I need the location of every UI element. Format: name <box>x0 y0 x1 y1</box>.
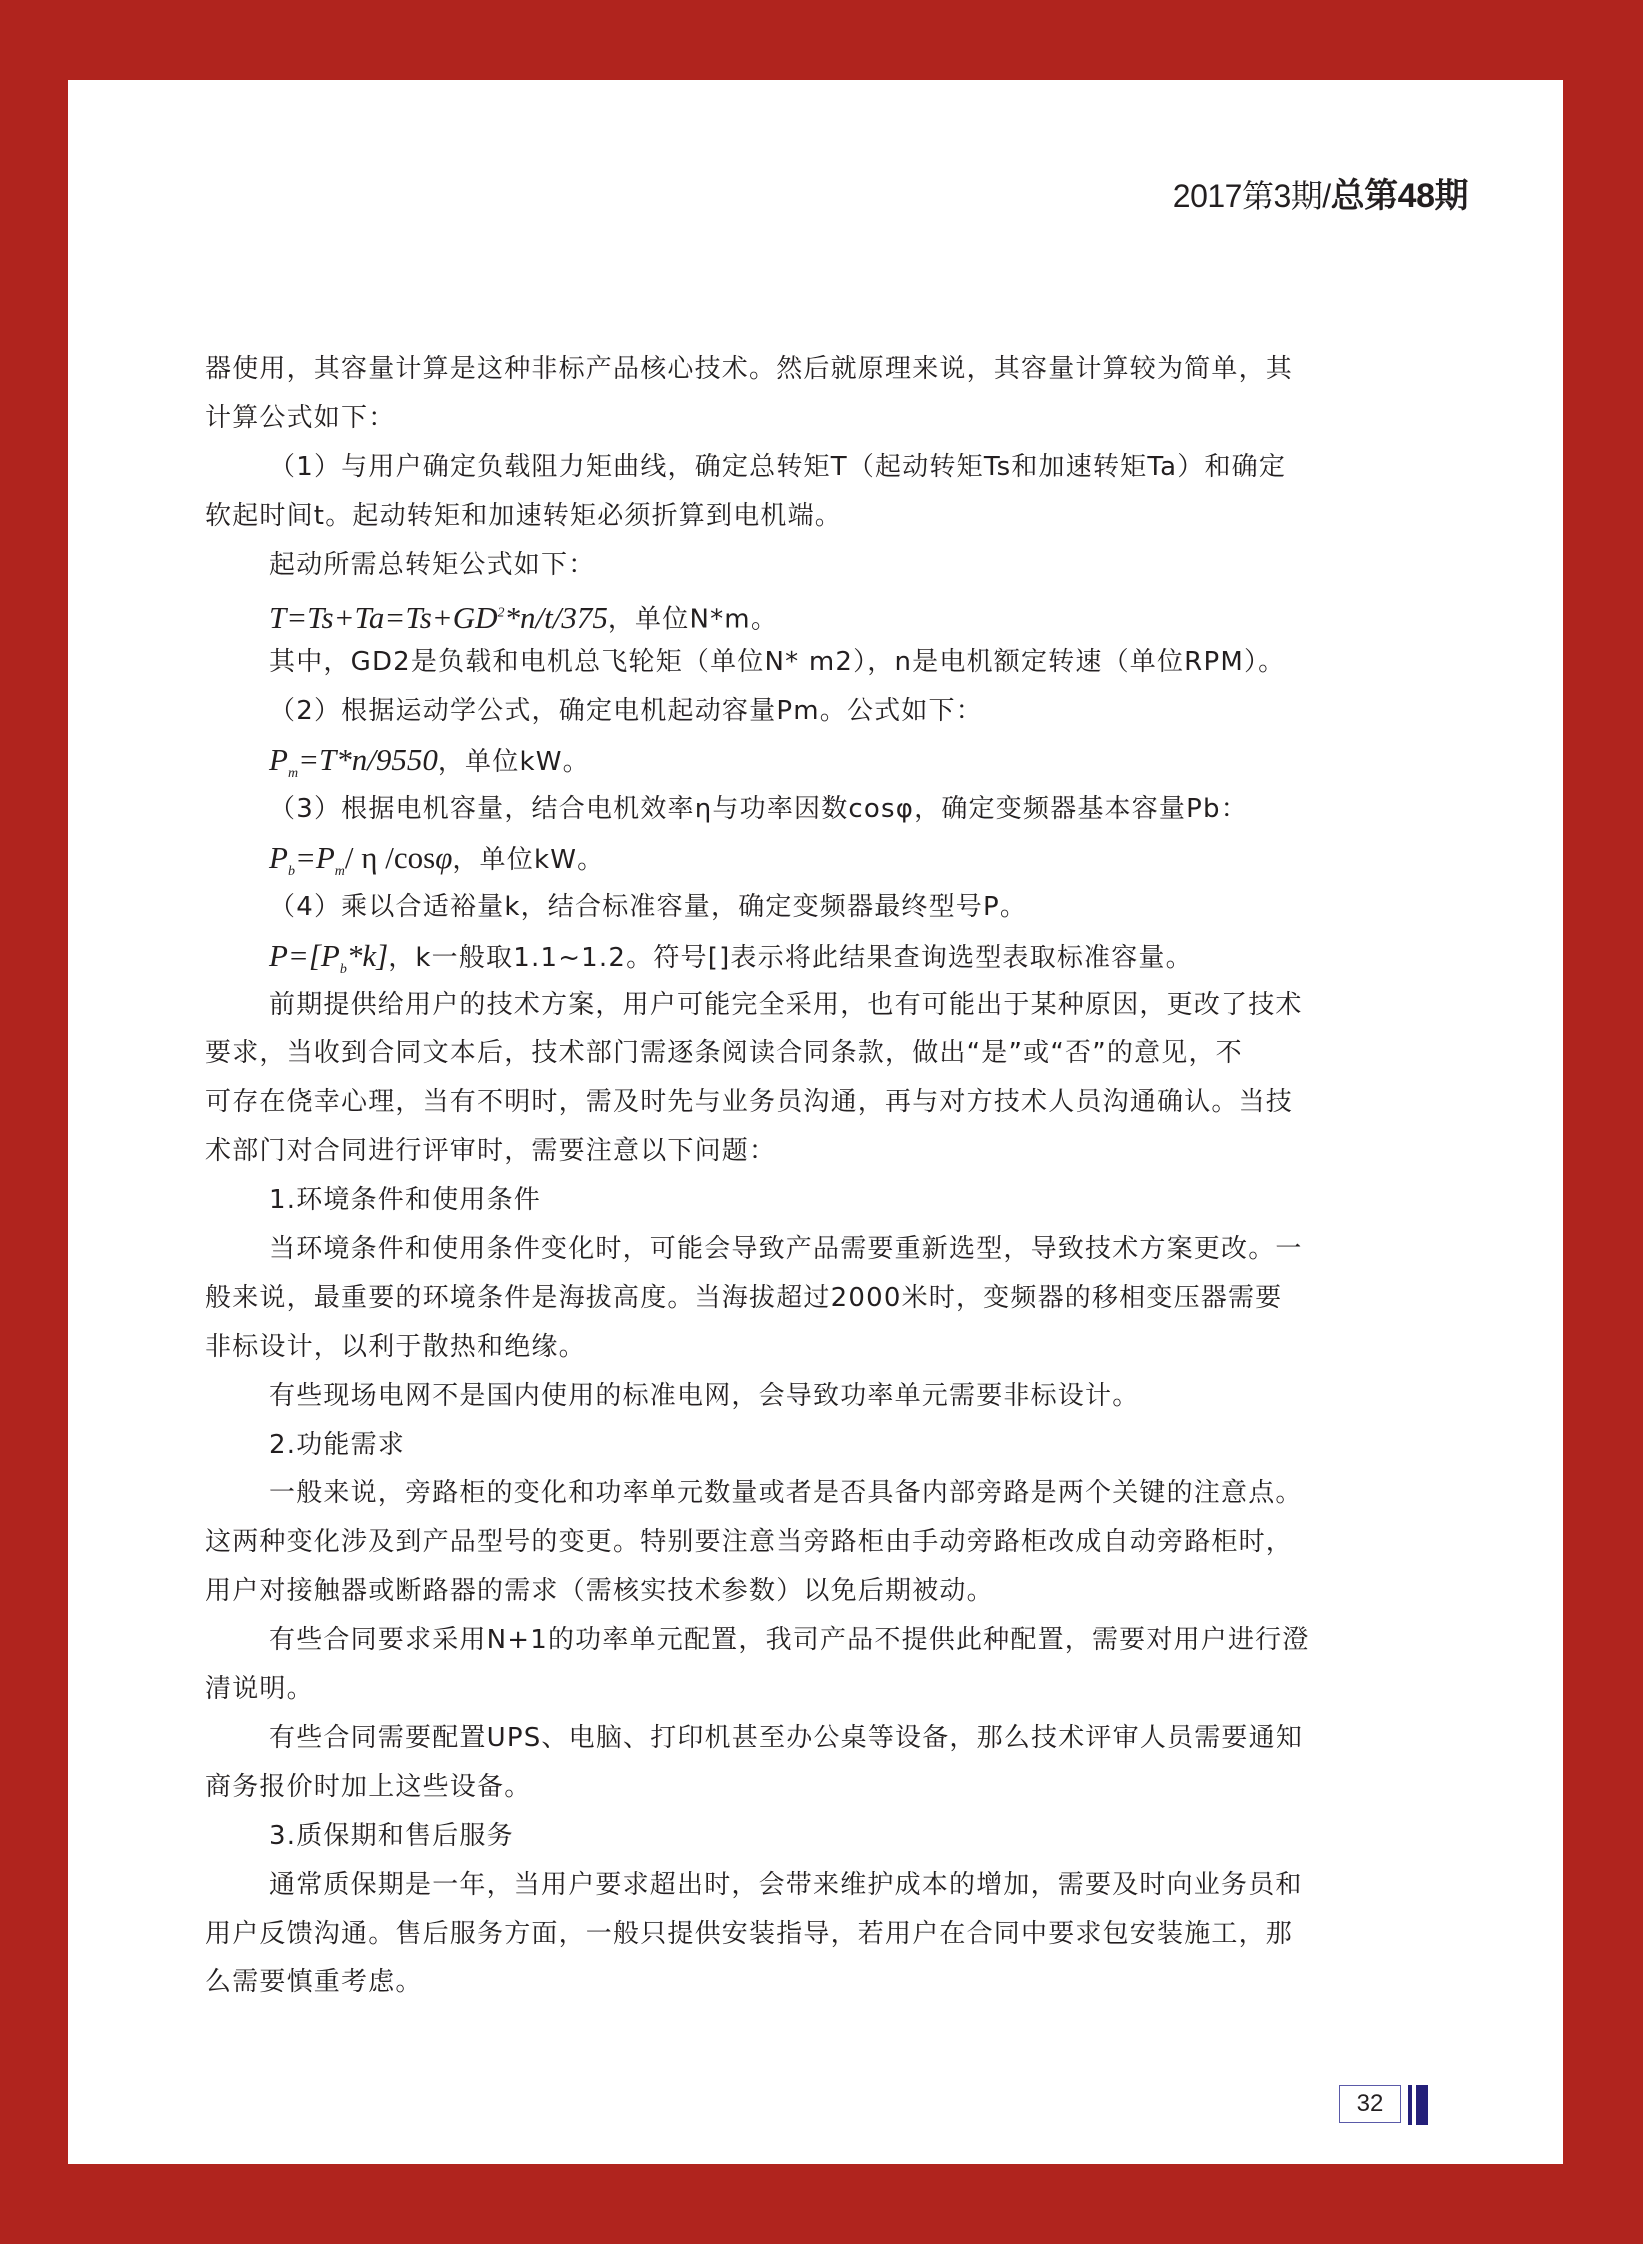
text-line: 当环境条件和使用条件变化时，可能会导致产品需要重新选型，导致技术方案更改。一 <box>205 1225 1430 1274</box>
text-line: 有些合同需要配置UPS、电脑、打印机甚至办公桌等设备，那么技术评审人员需要通知 <box>205 1714 1430 1763</box>
text-line: 清说明。 <box>205 1665 1430 1714</box>
text-line: 起动所需总转矩公式如下： <box>205 541 1430 590</box>
section-heading-2: 2.功能需求 <box>205 1421 1430 1470</box>
formula-pm: Pm=T*n/9550，单位kW。 <box>205 736 1430 785</box>
text-line: 一般来说，旁路柜的变化和功率单元数量或者是否具备内部旁路是两个关键的注意点。 <box>205 1469 1430 1518</box>
formula-pb: Pb=Pm/ η /cosφ，单位kW。 <box>205 834 1430 883</box>
text-line: 术部门对合同进行评审时，需要注意以下问题： <box>205 1127 1430 1176</box>
section-heading-3: 3.质保期和售后服务 <box>205 1812 1430 1861</box>
step-4: （4）乘以合适裕量k，结合标准容量，确定变频器最终型号P。 <box>205 883 1430 932</box>
text-line: 有些现场电网不是国内使用的标准电网，会导致功率单元需要非标设计。 <box>205 1372 1430 1421</box>
text-line: 前期提供给用户的技术方案，用户可能完全采用，也有可能出于某种原因，更改了技术 <box>205 981 1430 1030</box>
text-line: 般来说，最重要的环境条件是海拔高度。当海拔超过2000米时，变频器的移相变压器需… <box>205 1274 1430 1323</box>
article-body: 器使用，其容量计算是这种非标产品核心技术。然后就原理来说，其容量计算较为简单，其… <box>205 345 1430 2007</box>
text-line: 非标设计，以利于散热和绝缘。 <box>205 1323 1430 1372</box>
text-line: 通常质保期是一年，当用户要求超出时，会带来维护成本的增加，需要及时向业务员和 <box>205 1861 1430 1910</box>
step-1: （1）与用户确定负载阻力矩曲线，确定总转矩T（起动转矩Ts和加速转矩Ta）和确定 <box>205 443 1430 492</box>
page-number: 32 <box>1339 2085 1401 2123</box>
text-line: 用户对接触器或断路器的需求（需核实技术参数）以免后期被动。 <box>205 1567 1430 1616</box>
text-line: 可存在侥幸心理，当有不明时，需及时先与业务员沟通，再与对方技术人员沟通确认。当技 <box>205 1078 1430 1127</box>
text-line: 么需要慎重考虑。 <box>205 1958 1430 2007</box>
formula-p: P=[Pb*k]，k一般取1.1~1.2。符号[]表示将此结果查询选型表取标准容… <box>205 932 1430 981</box>
issue-header: 2017第3期/总第48期 <box>1173 168 1468 217</box>
text-line: 商务报价时加上这些设备。 <box>205 1763 1430 1812</box>
text-line: 有些合同要求采用N+1的功率单元配置，我司产品不提供此种配置，需要对用户进行澄 <box>205 1616 1430 1665</box>
page-marker-thick-bar <box>1416 2085 1428 2125</box>
issue-total: 总第48期 <box>1331 177 1468 215</box>
text-line: 计算公式如下： <box>205 394 1430 443</box>
issue-number: 2017第3期/ <box>1173 178 1331 214</box>
page-marker-thin-bar <box>1408 2085 1412 2125</box>
text-line: 软起时间t。起动转矩和加速转矩必须折算到电机端。 <box>205 492 1430 541</box>
step-2: （2）根据运动学公式，确定电机起动容量Pm。公式如下： <box>205 687 1430 736</box>
step-3: （3）根据电机容量，结合电机效率η与功率因数cosφ，确定变频器基本容量Pb： <box>205 785 1430 834</box>
text-line: 用户反馈沟通。售后服务方面，一般只提供安装指导，若用户在合同中要求包安装施工，那 <box>205 1910 1430 1959</box>
section-heading-1: 1.环境条件和使用条件 <box>205 1176 1430 1225</box>
text-line: 其中，GD2是负载和电机总飞轮矩（单位N* m2），n是电机额定转速（单位RPM… <box>205 638 1430 687</box>
text-line: 器使用，其容量计算是这种非标产品核心技术。然后就原理来说，其容量计算较为简单，其 <box>205 345 1430 394</box>
text-line: 这两种变化涉及到产品型号的变更。特别要注意当旁路柜由手动旁路柜改成自动旁路柜时， <box>205 1518 1430 1567</box>
text-line: 要求，当收到合同文本后，技术部门需逐条阅读合同条款，做出“是”或“否”的意见，不 <box>205 1029 1430 1078</box>
formula-torque: T=Ts+Ta=Ts+GD2*n/t/375，单位N*m。 <box>205 589 1430 638</box>
